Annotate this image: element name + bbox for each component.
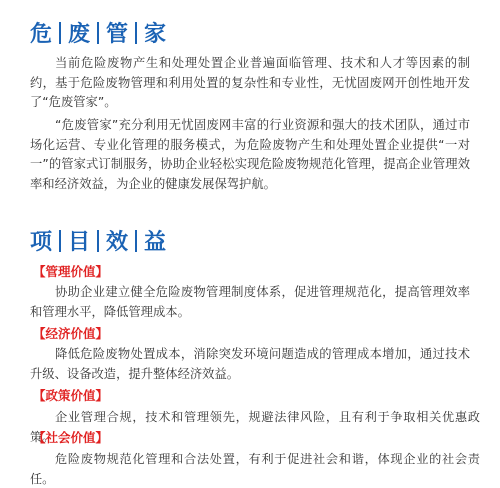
label-policy-value: 【政策价值】 [33, 387, 108, 405]
label-management-value: 【管理价值】 [33, 263, 108, 281]
heading-project-benefits: 项 目 效 益 [29, 225, 167, 256]
heading-char: 管 [105, 17, 129, 48]
heading-divider [135, 22, 137, 44]
label-social-value: 【社会价值】 [33, 429, 108, 447]
heading-divider [59, 230, 61, 252]
heading-char: 废 [67, 17, 91, 48]
intro-paragraph-1: 当前危险废物产生和处理处置企业普遍面临管理、技术和人才等因素的制约，基于危险废物… [30, 54, 470, 113]
intro-paragraph-2: “危废管家”充分利用无忧固废网丰富的行业资源和强大的技术团队，通过市场化运营、专… [30, 116, 470, 194]
heading-divider [59, 22, 61, 44]
label-economic-value: 【经济价值】 [33, 325, 108, 343]
heading-divider [135, 230, 137, 252]
text-economic-value: 降低危险废物处置成本，消除突发环境问题造成的管理成本增加，通过技术升级、设备改造… [30, 345, 470, 384]
heading-char: 项 [29, 225, 53, 256]
text-social-value: 危险废物规范化管理和合法处置，有利于促进社会和谐，体现企业的社会责任。 [30, 450, 480, 488]
heading-hazardous-waste-butler: 危 废 管 家 [29, 17, 167, 48]
heading-char: 益 [143, 225, 167, 256]
heading-divider [97, 22, 99, 44]
heading-char: 危 [29, 17, 53, 48]
text-management-value: 协助企业建立健全危险废物管理制度体系，促进管理规范化，提高管理效率和管理水平，降… [30, 283, 470, 322]
heading-char: 目 [67, 225, 91, 256]
heading-divider [97, 230, 99, 252]
heading-char: 效 [105, 225, 129, 256]
heading-char: 家 [143, 17, 167, 48]
